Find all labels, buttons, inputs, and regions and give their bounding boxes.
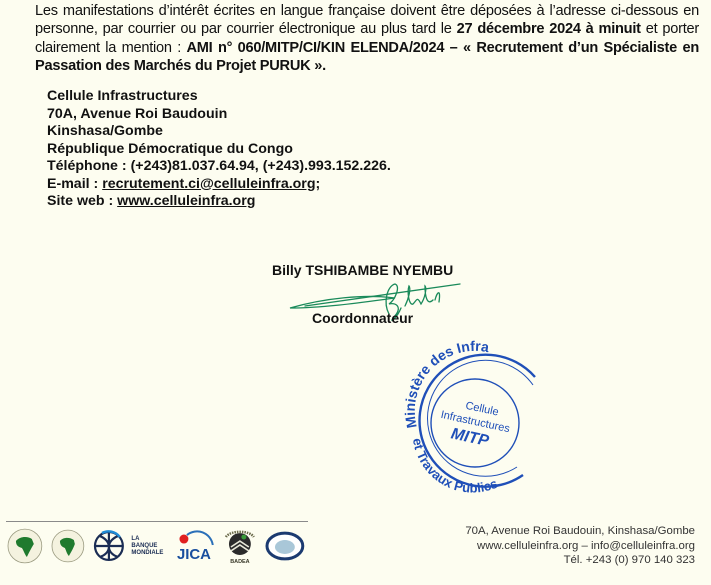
address-country: République Démocratique du Congo	[47, 141, 391, 159]
address-email-line: E-mail : recrutement.ci@celluleinfra.org…	[47, 176, 391, 194]
world-bank-text-2: MONDIALE	[131, 550, 163, 556]
address-org: Cellule Infrastructures	[47, 88, 391, 106]
footer-contact: 70A, Avenue Roi Baudouin, Kinshasa/Gombe…	[465, 524, 695, 568]
phone-numbers: (+243)81.037.64.94, (+243).993.152.226.	[131, 158, 391, 174]
official-stamp-icon: Ministère des Infra et Travaux Publics C…	[395, 335, 545, 495]
world-bank-label: LA BANQUEMONDIALE	[131, 536, 166, 557]
afdf-logo-icon	[50, 528, 86, 564]
footer-phone: Tél. +243 (0) 970 140 323	[465, 553, 695, 568]
badea-text: BADEA	[231, 559, 250, 565]
address-site-line: Site web : www.celluleinfra.org	[47, 193, 391, 211]
address-block: Cellule Infrastructures 70A, Avenue Roi …	[47, 88, 391, 211]
address-city: Kinshasa/Gombe	[47, 123, 391, 141]
footer-divider	[6, 521, 308, 522]
email-suffix: ;	[316, 176, 321, 192]
signatory-title: Coordonnateur	[312, 310, 413, 326]
world-bank-text-1: LA BANQUE	[131, 536, 157, 549]
phone-label: Téléphone :	[47, 158, 131, 174]
footer-web-email: www.celluleinfra.org – info@celluleinfra…	[465, 539, 695, 554]
address-street: 70A, Avenue Roi Baudouin	[47, 106, 391, 124]
world-bank-logo-icon	[92, 529, 126, 563]
email-label: E-mail :	[47, 176, 102, 192]
badea-logo-icon: BADEA	[222, 527, 258, 565]
address-phone-line: Téléphone : (+243)81.037.64.94, (+243).9…	[47, 158, 391, 176]
partner-logos: LA BANQUEMONDIALE JICA BADEA	[6, 526, 306, 566]
email-link[interactable]: recrutement.ci@celluleinfra.org	[102, 176, 315, 192]
deadline-text: 27 décembre 2024 à minuit	[457, 21, 641, 37]
footer-address: 70A, Avenue Roi Baudouin, Kinshasa/Gombe	[465, 524, 695, 539]
site-label: Site web :	[47, 193, 117, 209]
signatory-name: Billy TSHIBAMBE NYEMBU	[272, 262, 453, 278]
opec-fund-logo-icon	[264, 530, 306, 562]
body-paragraph: Les manifestations d’intérêt écrites en …	[35, 2, 699, 76]
jica-text: JICA	[177, 546, 211, 563]
website-link[interactable]: www.celluleinfra.org	[117, 193, 255, 209]
afdb-logo-icon	[6, 527, 44, 565]
jica-logo-icon: JICA	[173, 529, 217, 563]
